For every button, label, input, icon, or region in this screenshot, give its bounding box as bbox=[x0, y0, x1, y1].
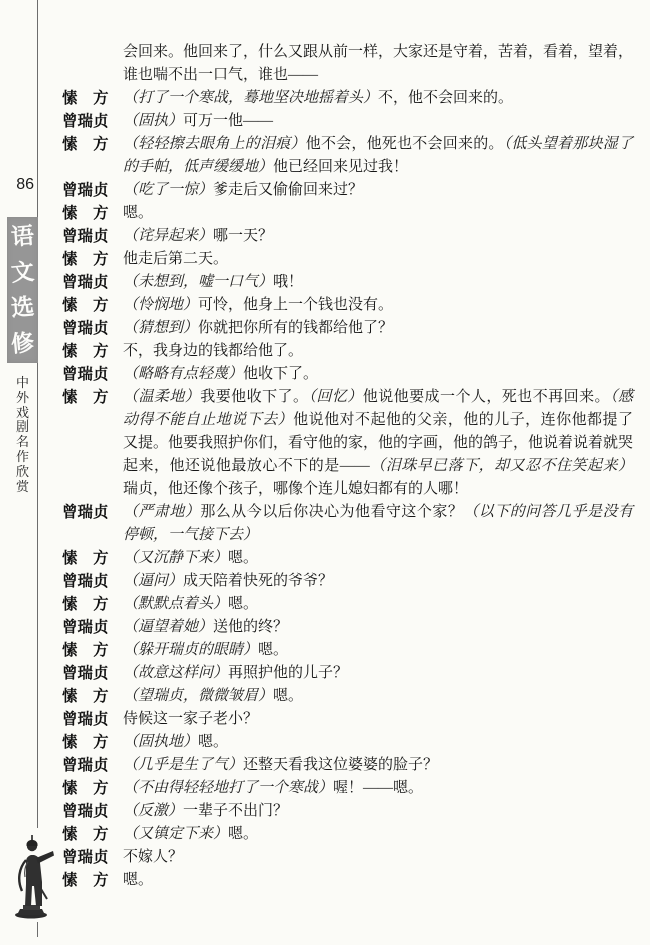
speech-text: 嗯。 bbox=[123, 205, 153, 221]
dialogue-line: 愫 方（轻轻擦去眼角上的泪痕）他不会，他死也不会回来的。（低头望着那块湿了的手帕… bbox=[62, 133, 633, 179]
dialogue-text: 会回来。他回来了，什么又跟从前一样，大家还是守着，苦着，看着，望着，谁也喘不出一… bbox=[123, 41, 633, 87]
speaker-name: 愫 方 bbox=[62, 547, 123, 570]
stage-direction: （打了一个寒战，蓦地坚决地摇着头） bbox=[123, 90, 378, 106]
dialogue-text: （反激）一辈子不出门？ bbox=[123, 800, 633, 823]
banner-char: 文 bbox=[10, 260, 35, 285]
dialogue-line: 曾瑞贞（反激）一辈子不出门？ bbox=[62, 800, 633, 823]
speaker-name: 曾瑞贞 bbox=[62, 271, 123, 294]
speaker-name: 愫 方 bbox=[62, 202, 123, 225]
dialogue-text: 侍候这一家子老小？ bbox=[123, 708, 633, 731]
speaker-name: 曾瑞贞 bbox=[62, 363, 123, 386]
speech-text: 他收下了。 bbox=[243, 366, 318, 382]
dialogue-text: （不由得轻轻地打了一个寒战）喔！——嗯。 bbox=[123, 777, 633, 800]
dialogue-text: （诧异起来）哪一天？ bbox=[123, 225, 633, 248]
dialogue-text: （吃了一惊）爹走后又偷偷回来过？ bbox=[123, 179, 633, 202]
speech-text: 嗯。 bbox=[228, 826, 258, 842]
dialogue-text: （怜悯地）可怜，他身上一个钱也没有。 bbox=[123, 294, 633, 317]
dialogue-line: 愫 方（又沉静下来）嗯。 bbox=[62, 547, 633, 570]
series-banner: 语文选修 bbox=[7, 217, 38, 363]
dialogue-line: 曾瑞贞（逼望着她）送他的终？ bbox=[62, 616, 633, 639]
dialogue-line: 曾瑞贞（猜想到）你就把你所有的钱都给他了？ bbox=[62, 317, 633, 340]
stage-direction: （又沉静下来） bbox=[123, 550, 228, 566]
speech-text: 还整天看我这位婆婆的脸子？ bbox=[243, 757, 438, 773]
speech-text: 一辈子不出门？ bbox=[183, 803, 288, 819]
speech-text: 我要他收下了。 bbox=[200, 389, 308, 405]
speaker-name: 曾瑞贞 bbox=[62, 662, 123, 685]
speaker-name: 愫 方 bbox=[62, 294, 123, 317]
speech-text: 喔！——嗯。 bbox=[333, 780, 423, 796]
caption-char: 剧 bbox=[16, 420, 29, 435]
stage-direction: （固执地） bbox=[123, 734, 198, 750]
speaker-name: 曾瑞贞 bbox=[62, 846, 123, 869]
dialogue-line: 曾瑞贞不嫁人？ bbox=[62, 846, 633, 869]
dialogue-line: 曾瑞贞（逼问）成天陪着快死的爷爷？ bbox=[62, 570, 633, 593]
speech-text: 哪一天？ bbox=[213, 228, 273, 244]
dialogue-text: （几乎是生了气）还整天看我这位婆婆的脸子？ bbox=[123, 754, 633, 777]
stage-direction: （回忆） bbox=[308, 389, 362, 405]
dialogue-line: 愫 方（望瑞贞，微微皱眉）嗯。 bbox=[62, 685, 633, 708]
speaker-name: 曾瑞贞 bbox=[62, 501, 123, 524]
speech-text: 不，我身边的钱都给他了。 bbox=[123, 343, 303, 359]
dialogue-line: 愫 方（躲开瑞贞的眼睛）嗯。 bbox=[62, 639, 633, 662]
page-number: 86 bbox=[4, 176, 34, 194]
speaker-name: 愫 方 bbox=[62, 731, 123, 754]
banner-char: 修 bbox=[10, 331, 35, 356]
speech-text: 爹走后又偷偷回来过？ bbox=[213, 182, 363, 198]
dialogue-text: （又沉静下来）嗯。 bbox=[123, 547, 633, 570]
dialogue-text: 嗯。 bbox=[123, 202, 633, 225]
caption-char: 中 bbox=[16, 376, 29, 391]
speaker-name: 曾瑞贞 bbox=[62, 225, 123, 248]
dialogue-text: 不嫁人？ bbox=[123, 846, 633, 869]
dialogue-text: 嗯。 bbox=[123, 869, 633, 892]
stage-direction: （怜悯地） bbox=[123, 297, 198, 313]
dialogue-line: 愫 方（不由得轻轻地打了一个寒战）喔！——嗯。 bbox=[62, 777, 633, 800]
dialogue-line: 曾瑞贞（吃了一惊）爹走后又偷偷回来过？ bbox=[62, 179, 633, 202]
speaker-name: 愫 方 bbox=[62, 777, 123, 800]
caption-char: 戏 bbox=[16, 406, 29, 421]
dialogue-text: （故意这样问）再照护他的儿子？ bbox=[123, 662, 633, 685]
dialogue-text: （固执）可万一他—— bbox=[123, 110, 633, 133]
stage-direction: （躲开瑞贞的眼睛） bbox=[123, 642, 258, 658]
caption-char: 外 bbox=[16, 391, 29, 406]
warrior-statue-image bbox=[8, 832, 56, 919]
banner-char: 选 bbox=[10, 295, 35, 320]
stage-direction: （温柔地） bbox=[123, 389, 200, 405]
dialogue-line: 曾瑞贞（诧异起来）哪一天？ bbox=[62, 225, 633, 248]
speaker-name: 愫 方 bbox=[62, 133, 123, 156]
book-page: 86 语文选修 中外戏剧名作欣赏 会回来。他回来了，什么又跟从前一样，大家还是守… bbox=[0, 0, 650, 945]
speech-text: 他走后第二天。 bbox=[123, 251, 228, 267]
stage-direction: （反激） bbox=[123, 803, 183, 819]
speaker-name: 曾瑞贞 bbox=[62, 800, 123, 823]
speech-text: 哦！ bbox=[273, 274, 303, 290]
margin-divider-bottom bbox=[37, 922, 38, 937]
dialogue-line: 愫 方（温柔地）我要他收下了。（回忆）他说他要成一个人，死也不再回来。（感动得不… bbox=[62, 386, 633, 501]
speaker-name: 愫 方 bbox=[62, 685, 123, 708]
dialogue-text: （未想到，嘘一口气）哦！ bbox=[123, 271, 633, 294]
series-caption: 中外戏剧名作欣赏 bbox=[7, 376, 38, 494]
dialogue-line: 曾瑞贞（严肃地）那么从今以后你决心为他看守这个家？（以下的问答几乎是没有停顿，一… bbox=[62, 501, 633, 547]
dialogue-text: （默默点着头）嗯。 bbox=[123, 593, 633, 616]
speech-text: 你就把你所有的钱都给他了？ bbox=[198, 320, 393, 336]
speaker-name: 曾瑞贞 bbox=[62, 110, 123, 133]
speech-text: 他不会，他死也不会回来的。 bbox=[306, 136, 504, 152]
speech-text: 会回来。他回来了，什么又跟从前一样，大家还是守着，苦着，看着，望着，谁也喘不出一… bbox=[123, 44, 633, 83]
dialogue-line: 曾瑞贞（固执）可万一他—— bbox=[62, 110, 633, 133]
dialogue-text: （略略有点轻蔑）他收下了。 bbox=[123, 363, 633, 386]
dialogue-text: （温柔地）我要他收下了。（回忆）他说他要成一个人，死也不再回来。（感动得不能自止… bbox=[123, 386, 633, 501]
speaker-name: 愫 方 bbox=[62, 386, 123, 409]
stage-direction: （严肃地） bbox=[123, 504, 200, 520]
dialogue-line: 愫 方（怜悯地）可怜，他身上一个钱也没有。 bbox=[62, 294, 633, 317]
speech-text: 那么从今以后你决心为他看守这个家？ bbox=[200, 504, 463, 520]
speech-text: 嗯。 bbox=[273, 688, 303, 704]
dialogue-line: 愫 方（默默点着头）嗯。 bbox=[62, 593, 633, 616]
dialogue-text: （固执地）嗯。 bbox=[123, 731, 633, 754]
dialogue-text: （猜想到）你就把你所有的钱都给他了？ bbox=[123, 317, 633, 340]
caption-char: 欣 bbox=[16, 465, 29, 480]
speech-text: 送他的终？ bbox=[213, 619, 288, 635]
caption-char: 名 bbox=[16, 435, 29, 450]
dialogue-text: （躲开瑞贞的眼睛）嗯。 bbox=[123, 639, 633, 662]
stage-direction: （猜想到） bbox=[123, 320, 198, 336]
dialogue-line: 曾瑞贞侍候这一家子老小？ bbox=[62, 708, 633, 731]
stage-direction: （轻轻擦去眼角上的泪痕） bbox=[123, 136, 306, 152]
speaker-name: 愫 方 bbox=[62, 87, 123, 110]
speech-text: 成天陪着快死的爷爷？ bbox=[183, 573, 333, 589]
speech-text: 嗯。 bbox=[198, 734, 228, 750]
dialogue-line: 愫 方嗯。 bbox=[62, 202, 633, 225]
speaker-name: 曾瑞贞 bbox=[62, 616, 123, 639]
stage-direction: （略略有点轻蔑） bbox=[123, 366, 243, 382]
dialogue-line: 会回来。他回来了，什么又跟从前一样，大家还是守着，苦着，看着，望着，谁也喘不出一… bbox=[62, 41, 633, 87]
dialogue-line: 愫 方他走后第二天。 bbox=[62, 248, 633, 271]
speech-text: 再照护他的儿子？ bbox=[228, 665, 348, 681]
stage-direction: （故意这样问） bbox=[123, 665, 228, 681]
speech-text: 嗯。 bbox=[258, 642, 288, 658]
dialogue-line: 曾瑞贞（几乎是生了气）还整天看我这位婆婆的脸子？ bbox=[62, 754, 633, 777]
speech-text: 嗯。 bbox=[228, 550, 258, 566]
speaker-name: 曾瑞贞 bbox=[62, 708, 123, 731]
stage-direction: （又镇定下来） bbox=[123, 826, 228, 842]
dialogue-text: （望瑞贞，微微皱眉）嗯。 bbox=[123, 685, 633, 708]
stage-direction: （吃了一惊） bbox=[123, 182, 213, 198]
speaker-name: 愫 方 bbox=[62, 823, 123, 846]
dialogue-line: 愫 方不，我身边的钱都给他了。 bbox=[62, 340, 633, 363]
dialogue-text: （又镇定下来）嗯。 bbox=[123, 823, 633, 846]
dialogue-line: 曾瑞贞（故意这样问）再照护他的儿子？ bbox=[62, 662, 633, 685]
banner-char: 语 bbox=[10, 224, 35, 249]
speech-text: 不，他不会回来的。 bbox=[378, 90, 513, 106]
dialogue-text: 不，我身边的钱都给他了。 bbox=[123, 340, 633, 363]
stage-direction: （固执） bbox=[123, 113, 183, 129]
dialogue-line: 曾瑞贞（略略有点轻蔑）他收下了。 bbox=[62, 363, 633, 386]
stage-direction: （泪珠早已落下，却又忍不住笑起来） bbox=[370, 458, 633, 474]
speaker-name: 曾瑞贞 bbox=[62, 317, 123, 340]
speaker-name: 愫 方 bbox=[62, 639, 123, 662]
dialogue-text: （打了一个寒战，蓦地坚决地摇着头）不，他不会回来的。 bbox=[123, 87, 633, 110]
stage-direction: （默默点着头） bbox=[123, 596, 228, 612]
speech-text: 侍候这一家子老小？ bbox=[123, 711, 258, 727]
speaker-name: 曾瑞贞 bbox=[62, 179, 123, 202]
dialogue-text: （逼望着她）送他的终？ bbox=[123, 616, 633, 639]
caption-char: 作 bbox=[16, 450, 29, 465]
speech-text: 他已经回来见过我！ bbox=[273, 159, 408, 175]
dialogue-text: 他走后第二天。 bbox=[123, 248, 633, 271]
dialogue-text: （严肃地）那么从今以后你决心为他看守这个家？（以下的问答几乎是没有停顿，一气接下… bbox=[123, 501, 633, 547]
speech-text: 他说他要成一个人，死也不再回来。 bbox=[363, 389, 610, 405]
stage-direction: （逼问） bbox=[123, 573, 183, 589]
dialogue-text: （轻轻擦去眼角上的泪痕）他不会，他死也不会回来的。（低头望着那块湿了的手帕，低声… bbox=[123, 133, 633, 179]
dialogue-text: （逼问）成天陪着快死的爷爷？ bbox=[123, 570, 633, 593]
speech-text: 可怜，他身上一个钱也没有。 bbox=[198, 297, 393, 313]
stage-direction: （诧异起来） bbox=[123, 228, 213, 244]
speech-text: 瑞贞，他还像个孩子，哪像个连儿媳妇都有的人哪！ bbox=[123, 481, 468, 497]
speaker-name: 愫 方 bbox=[62, 593, 123, 616]
speech-text: 不嫁人？ bbox=[123, 849, 183, 865]
dialogue-line: 愫 方（固执地）嗯。 bbox=[62, 731, 633, 754]
speaker-name: 曾瑞贞 bbox=[62, 754, 123, 777]
stage-direction: （几乎是生了气） bbox=[123, 757, 243, 773]
speech-text: 嗯。 bbox=[228, 596, 258, 612]
speech-text: 嗯。 bbox=[123, 872, 153, 888]
stage-direction: （逼望着她） bbox=[123, 619, 213, 635]
speaker-name: 曾瑞贞 bbox=[62, 570, 123, 593]
dialogue-area: 会回来。他回来了，什么又跟从前一样，大家还是守着，苦着，看着，望着，谁也喘不出一… bbox=[62, 41, 633, 892]
dialogue-line: 愫 方嗯。 bbox=[62, 869, 633, 892]
speech-text: 可万一他—— bbox=[183, 113, 273, 129]
caption-char: 赏 bbox=[16, 480, 29, 495]
stage-direction: （不由得轻轻地打了一个寒战） bbox=[123, 780, 333, 796]
dialogue-line: 愫 方（打了一个寒战，蓦地坚决地摇着头）不，他不会回来的。 bbox=[62, 87, 633, 110]
speaker-name: 愫 方 bbox=[62, 340, 123, 363]
speaker-name: 愫 方 bbox=[62, 248, 123, 271]
speaker-name: 愫 方 bbox=[62, 869, 123, 892]
dialogue-line: 愫 方（又镇定下来）嗯。 bbox=[62, 823, 633, 846]
dialogue-line: 曾瑞贞（未想到，嘘一口气）哦！ bbox=[62, 271, 633, 294]
stage-direction: （未想到，嘘一口气） bbox=[123, 274, 273, 290]
stage-direction: （望瑞贞，微微皱眉） bbox=[123, 688, 273, 704]
